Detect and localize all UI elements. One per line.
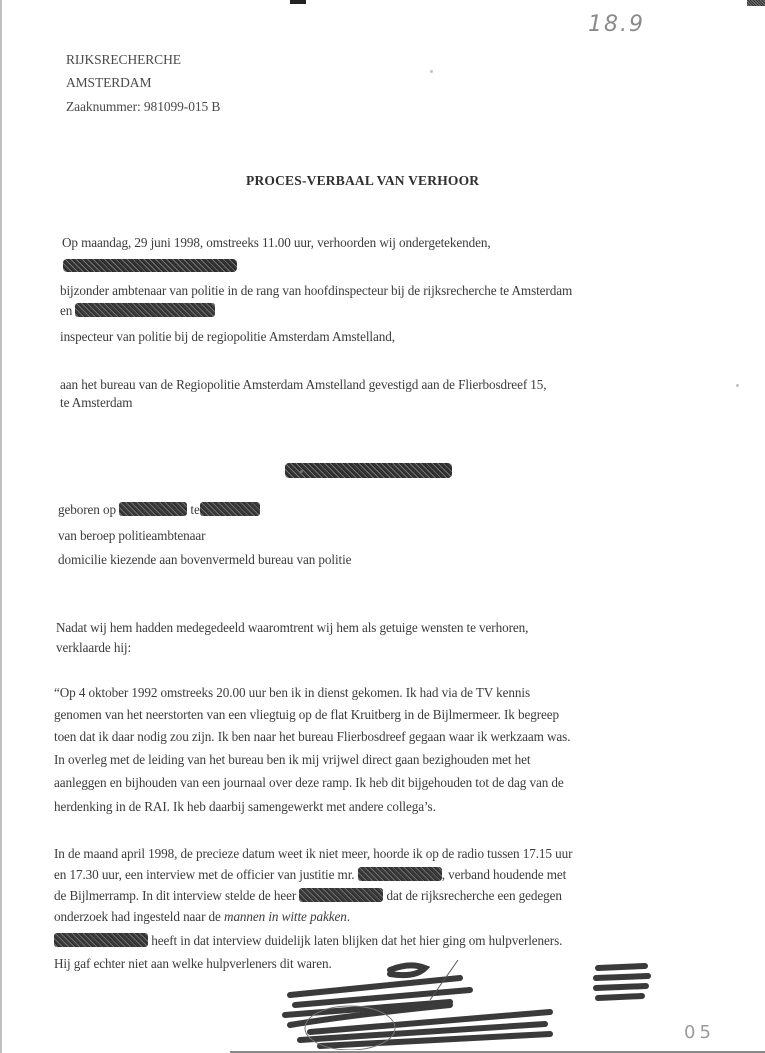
case-number-line: Zaaknummer: 981099-015 B [66, 99, 220, 115]
document-page: 18.9 RIJKSRECHERCHE AMSTERDAM Zaaknummer… [0, 0, 765, 1053]
paragraph2-line-3: de Bijlmerramp. In dit interview stelde … [54, 888, 562, 904]
born-label: geboren op [58, 502, 116, 517]
scan-corner-mark [747, 0, 765, 6]
intro-line-4: inspecteur van politie bij de regiopolit… [60, 329, 395, 345]
page-number: 05 [684, 1022, 715, 1043]
paragraph2-line-4: onderzoek had ingesteld naar de mannen i… [54, 909, 350, 925]
paragraph2-line-5-text: heeft in dat interview duidelijk laten b… [151, 933, 562, 948]
org-line-1: RIJKSRECHERCHE [66, 52, 181, 68]
paragraph2-line-1: In de maand april 1998, de precieze datu… [54, 846, 572, 862]
paragraph2-line-3-start: de Bijlmerramp. In dit interview stelde … [54, 888, 296, 903]
paragraph2-line-2-start: en 17.30 uur, een interview met de offic… [54, 867, 354, 882]
domicile-line: domicilie kiezende aan bovenvermeld bure… [58, 552, 351, 568]
paragraph2-line-2: en 17.30 uur, een interview met de offic… [54, 867, 566, 883]
intro-line-5: aan het bureau van de Regiopolitie Amste… [60, 377, 547, 393]
case-number: 981099-015 B [144, 99, 220, 114]
paragraph1-line-1: “Op 4 oktober 1992 omstreeks 20.00 uur b… [54, 685, 530, 701]
paragraph2-line-4-end: . [347, 909, 350, 924]
intro-line-2: bijzonder ambtenaar van politie in de ra… [60, 283, 572, 299]
intro-line-1: Op maandag, 29 juni 1998, omstreeks 11.0… [62, 235, 491, 251]
paragraph2-line-2-end: , verband houdende met [442, 867, 567, 882]
intro-line-3: en [60, 303, 215, 319]
org-line-2: AMSTERDAM [66, 75, 151, 91]
intro-line-6: te Amsterdam [60, 395, 132, 411]
scan-speck [300, 470, 303, 473]
paragraph2-line-5: heeft in dat interview duidelijk laten b… [54, 933, 562, 949]
redacted-signature-scribble [280, 960, 580, 1050]
redacted-gentleman-name [299, 888, 383, 902]
paragraph1-line-2: genomen van het neerstorten van een vlie… [54, 707, 559, 723]
redacted-subject-name [54, 933, 148, 947]
profession-line: van beroep politieambtenaar [58, 528, 205, 544]
redacted-witness-name [285, 463, 452, 478]
paragraph1-line-6: herdenking in de RAI. Ik heb daarbij sam… [54, 799, 436, 815]
scan-mark [290, 0, 306, 4]
redacted-prosecutor-name [358, 867, 442, 881]
italic-phrase: mannen in witte pakken [224, 909, 347, 924]
paragraph1-line-3: toen dat ik daar nodig zou zijn. Ik ben … [54, 729, 570, 745]
paragraph1-line-4: In overleg met de leiding van het bureau… [54, 752, 530, 768]
scan-edge [0, 0, 2, 1053]
paragraph2-line-3-end: dat de rijksrecherche een gedegen [387, 888, 562, 903]
page-title: PROCES-VERBAAL VAN VERHOOR [246, 173, 479, 189]
paragraph2-line-4-start: onderzoek had ingesteld naar de [54, 909, 221, 924]
redacted-birth-date [119, 502, 187, 516]
handwritten-note: 18.9 [588, 12, 645, 37]
statement-intro-line-2: verklaarde hij: [56, 640, 131, 656]
scan-speck [430, 70, 433, 73]
scan-speck [736, 384, 739, 387]
redacted-birth-place [200, 502, 260, 516]
statement-intro-line-1: Nadat wij hem hadden medegedeeld waaromt… [56, 620, 528, 636]
and-label: en [60, 303, 72, 318]
paragraph1-line-5: aanleggen en bijhouden van een journaal … [54, 775, 564, 791]
redacted-name-2 [75, 303, 215, 317]
born-line: geboren op te [58, 502, 260, 518]
place-label: te [190, 502, 199, 517]
redacted-name-1 [63, 259, 237, 272]
case-label: Zaaknummer: [66, 99, 141, 114]
redacted-initials-scribble [590, 962, 655, 1007]
